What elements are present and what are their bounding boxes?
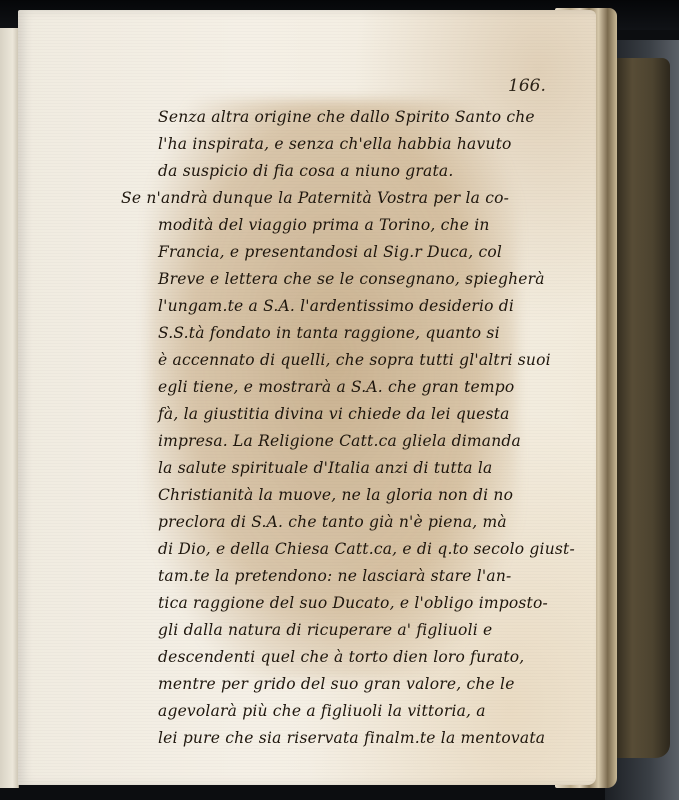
text-line: egli tiene, e mostrarà a S.A. che gran t… bbox=[158, 378, 514, 396]
text-line: tam.te la pretendono: ne lasciarà stare … bbox=[158, 567, 511, 585]
text-line: fà, la giustitia divina vi chiede da lei… bbox=[158, 405, 510, 423]
text-line: Breve e lettera che se le consegnano, sp… bbox=[158, 270, 545, 288]
text-line: descendenti quel che à torto dien loro f… bbox=[158, 648, 524, 666]
text-line: Francia, e presentandosi al Sig.r Duca, … bbox=[158, 243, 502, 261]
text-line: S.S.tà fondato in tanta raggione, quanto… bbox=[158, 324, 500, 342]
text-line: da suspicio di fia cosa a niuno grata. bbox=[158, 162, 453, 180]
text-line: Se n'andrà dunque la Paternità Vostra pe… bbox=[121, 189, 509, 207]
text-line: agevolarà più che a figliuoli la vittori… bbox=[158, 702, 486, 720]
text-line: la salute spirituale d'Italia anzi di tu… bbox=[158, 459, 492, 477]
text-line: è accennato di quelli, che sopra tutti g… bbox=[158, 351, 551, 369]
text-line: Christianità la muove, ne la gloria non … bbox=[158, 486, 513, 504]
text-line: l'ha inspirata, e senza ch'ella habbia h… bbox=[158, 135, 512, 153]
page-number: 166. bbox=[508, 76, 546, 96]
text-line: preclora di S.A. che tanto già n'è piena… bbox=[158, 513, 507, 531]
left-page-edge bbox=[0, 28, 19, 788]
text-line: tica raggione del suo Ducato, e l'obligo… bbox=[158, 594, 548, 612]
text-line: impresa. La Religione Catt.ca gliela dim… bbox=[158, 432, 521, 450]
text-line: Senza altra origine che dallo Spirito Sa… bbox=[158, 108, 535, 126]
text-line: di Dio, e della Chiesa Catt.ca, e di q.t… bbox=[158, 540, 575, 558]
book-cover-flap bbox=[612, 58, 670, 758]
manuscript-page: 166. Senza altra origine che dallo Spiri… bbox=[18, 10, 596, 785]
text-line: modità del viaggio prima a Torino, che i… bbox=[158, 216, 490, 234]
text-line: gli dalla natura di ricuperare a' figliu… bbox=[158, 621, 492, 639]
text-line: mentre per grido del suo gran valore, ch… bbox=[158, 675, 515, 693]
text-line: l'ungam.te a S.A. l'ardentissimo desider… bbox=[158, 297, 514, 315]
text-line: lei pure che sia riservata finalm.te la … bbox=[158, 729, 545, 747]
